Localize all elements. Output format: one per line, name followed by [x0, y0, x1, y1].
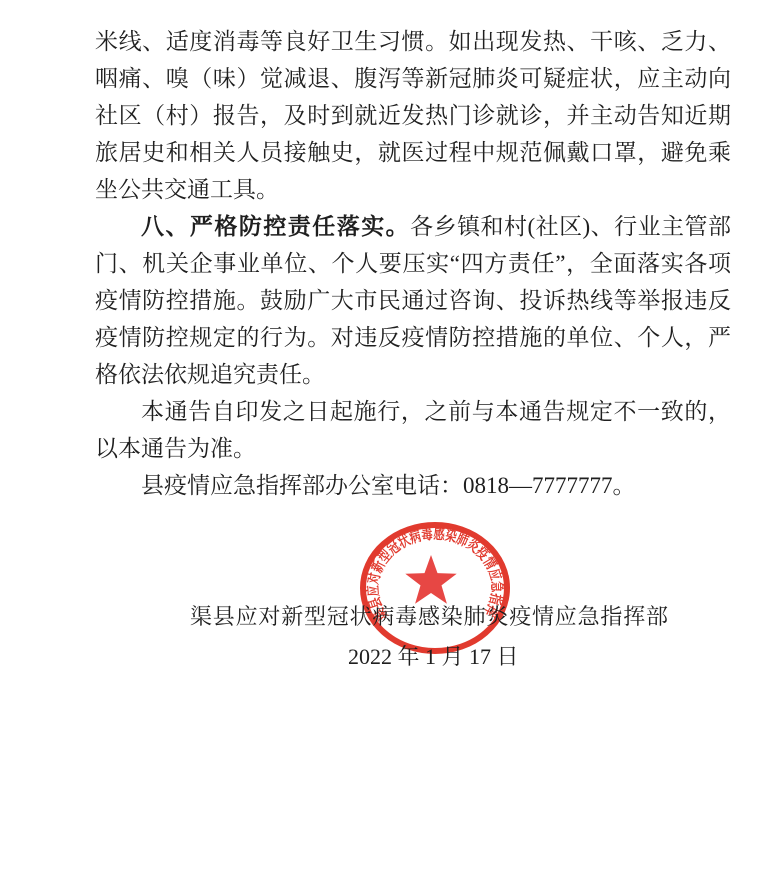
document-line: 县疫情应急指挥部办公室电话：0818—7777777。 [95, 467, 731, 504]
document-line: 坐公共交通工具。 [95, 171, 731, 208]
document-line: 八、严格防控责任落实。各乡镇和村(社区)、行业主管部 [95, 208, 731, 245]
document-line: 疫情防控规定的行为。对违反疫情防控措施的单位、个人，严 [95, 319, 731, 356]
document-line: 旅居史和相关人员接触史，就医过程中规范佩戴口罩，避免乘 [95, 134, 731, 171]
signature-line: 渠县应对新型冠状病毒感染肺炎疫情应急指挥部 [190, 600, 680, 631]
date-line: 2022 年 1 月 17 日 [348, 640, 519, 671]
document-line: 社区（村）报告，及时到就近发热门诊就诊，并主动告知近期 [95, 97, 731, 134]
document-line: 米线、适度消毒等良好卫生习惯。如出现发热、干咳、乏力、 [95, 23, 731, 60]
document-line: 门、机关企事业单位、个人要压实“四方责任”，全面落实各项 [95, 245, 731, 282]
seal-star-icon [405, 555, 456, 604]
document-line: 本通告自印发之日起施行，之前与本通告规定不一致的， [95, 393, 731, 430]
document-line: 咽痛、嗅（味）觉减退、腹泻等新冠肺炎可疑症状，应主动向 [95, 60, 731, 97]
seal-ring [363, 525, 507, 651]
document-page: 米线、适度消毒等良好卫生习惯。如出现发热、干咳、乏力、咽痛、嗅（味）觉减退、腹泻… [0, 0, 774, 879]
document-line-bold-heading: 八、严格防控责任落实。 [141, 213, 410, 239]
document-line: 格依法依规追究责任。 [95, 356, 731, 393]
document-line: 以本通告为准。 [95, 430, 731, 467]
document-body: 米线、适度消毒等良好卫生习惯。如出现发热、干咳、乏力、咽痛、嗅（味）觉减退、腹泻… [95, 23, 731, 504]
document-line: 疫情防控措施。鼓励广大市民通过咨询、投诉热线等举报违反 [95, 282, 731, 319]
